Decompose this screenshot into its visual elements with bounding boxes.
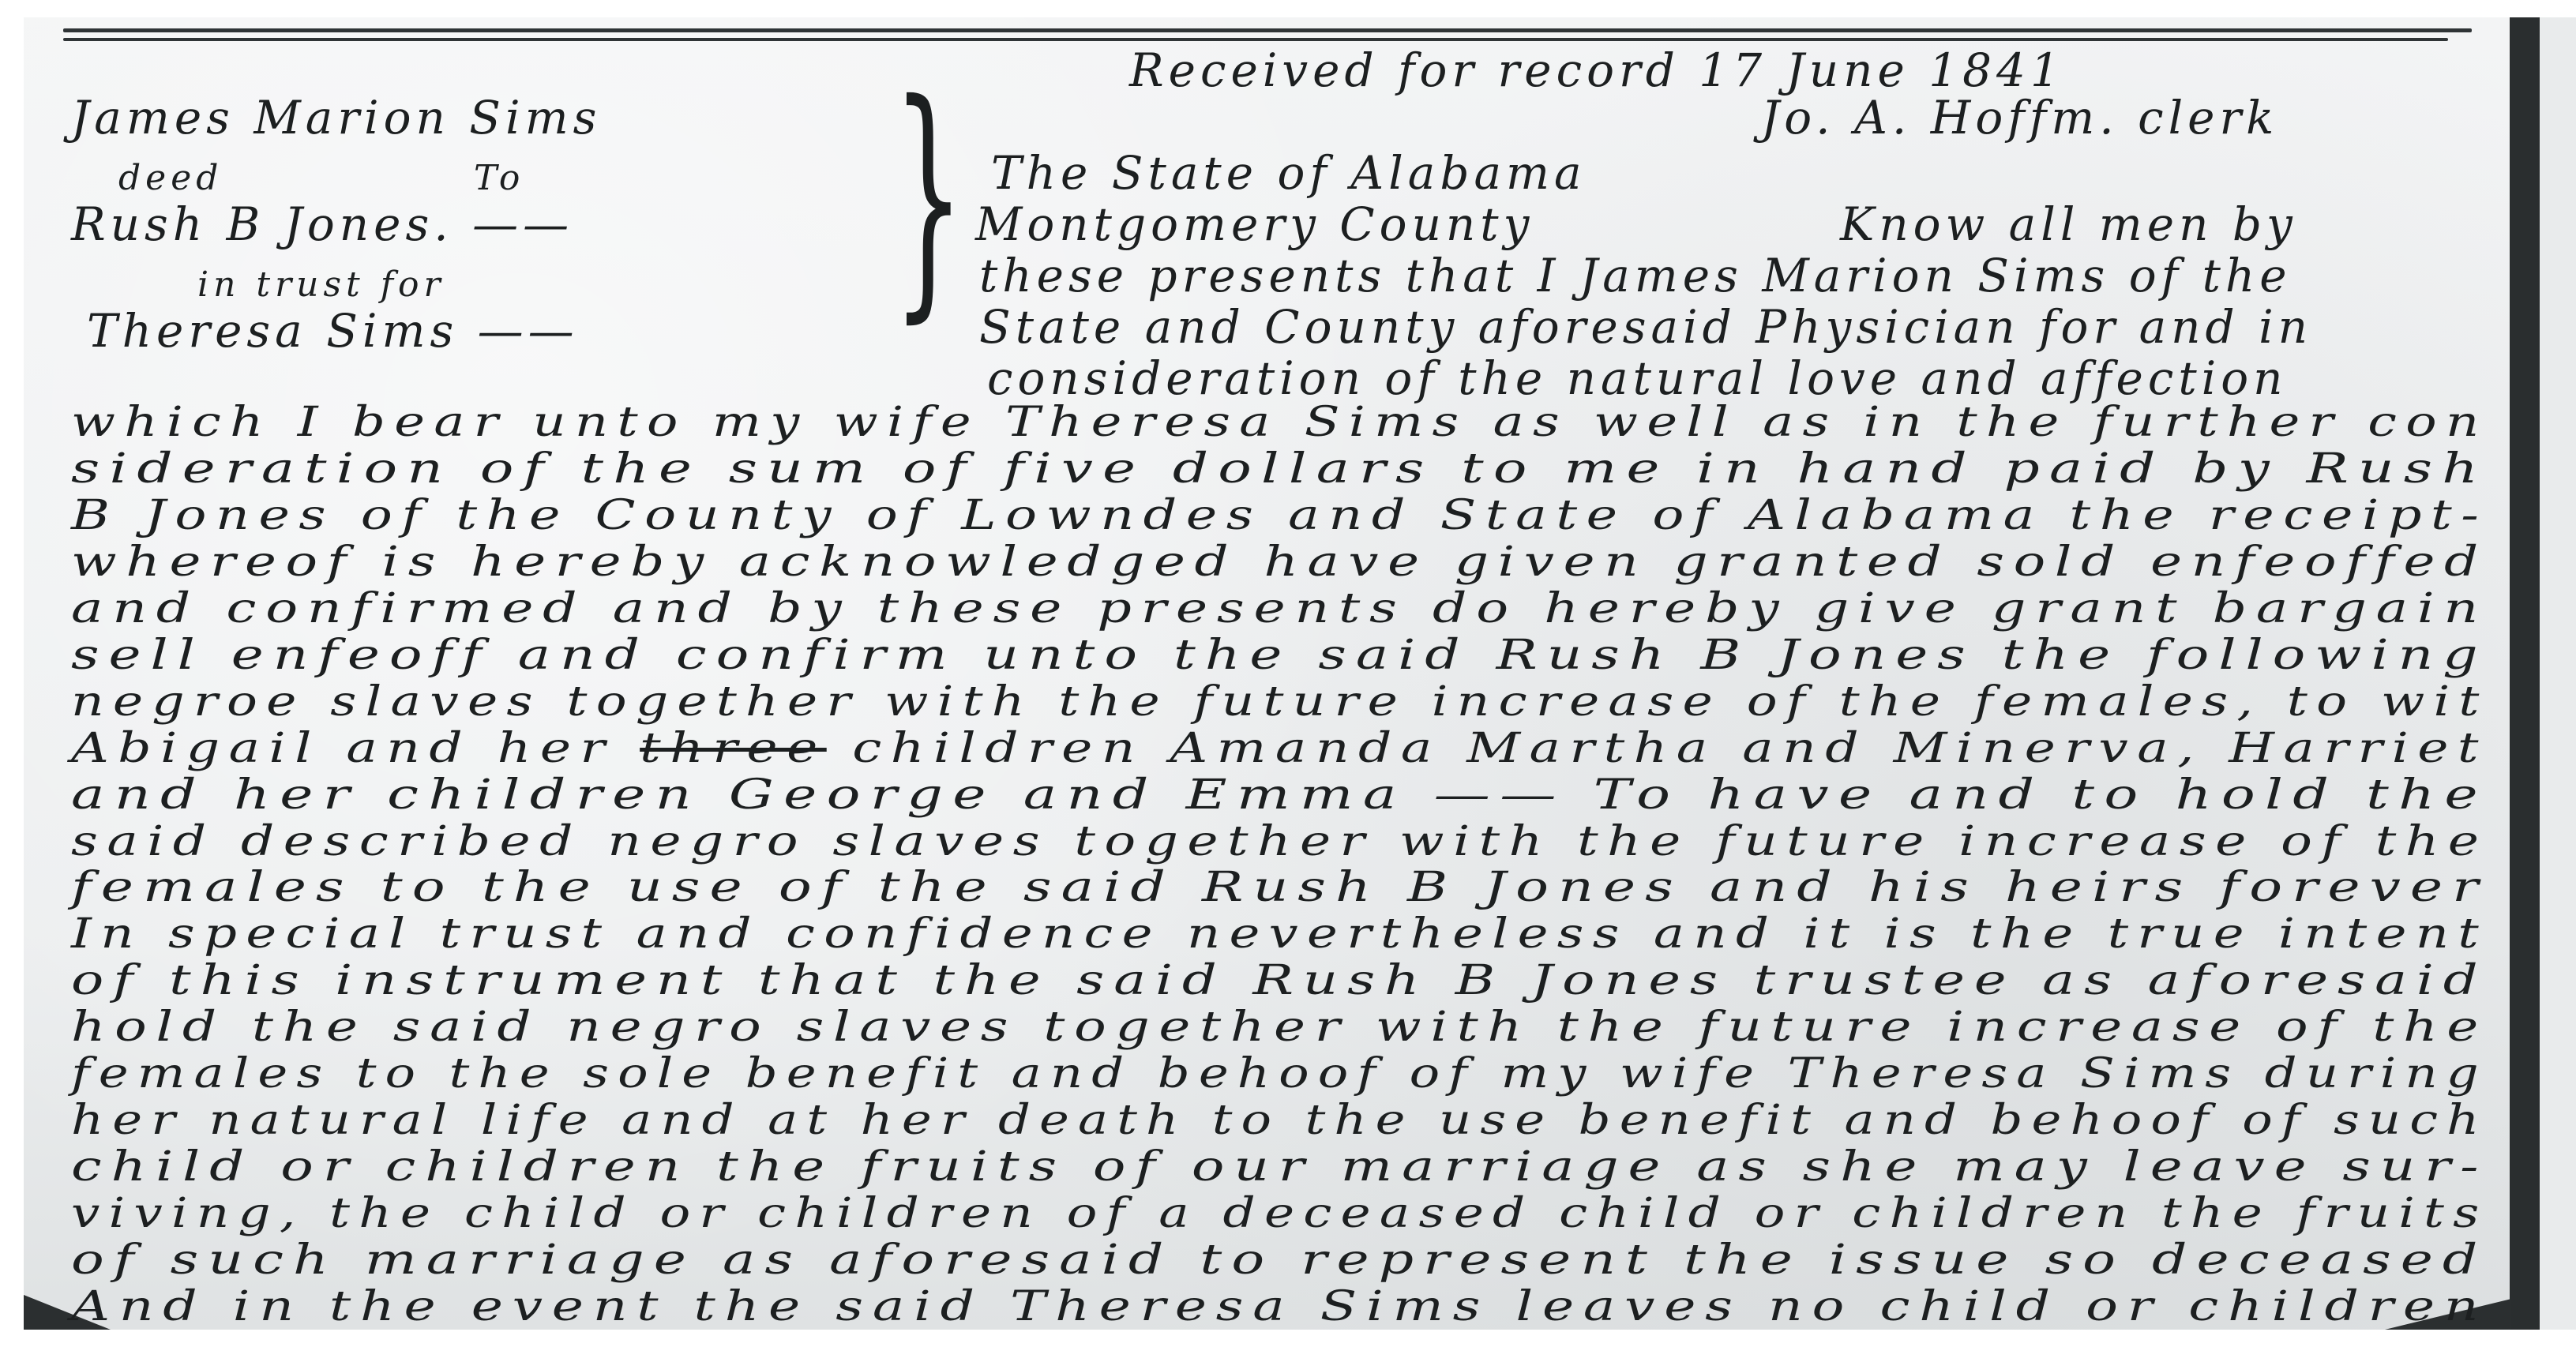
body-line: viving, the child or children of a decea… [71, 1190, 2488, 1237]
body-line: and her children George and Emma —— To h… [71, 771, 2488, 819]
caption-grantor: James Marion Sims [71, 91, 601, 144]
body-line: sideration of the sum of five dollars to… [71, 445, 2488, 493]
caption-to-label: To [474, 158, 524, 198]
venue-state: The State of Alabama [991, 146, 1587, 200]
caption-beneficiary: Theresa Sims —— [87, 304, 579, 358]
opening-line: State and County aforesaid Physician for… [979, 300, 2312, 354]
page-right-margin [2540, 17, 2576, 1330]
caption-trustee: Rush B Jones. —— [71, 197, 573, 251]
record-received-note: Received for record 17 June 1841 [1129, 43, 2064, 97]
page-right-border [2510, 17, 2540, 1330]
body-text: Abigail and her [71, 725, 640, 772]
body-text: children Amanda Martha and Minerva, Harr… [827, 725, 2488, 772]
body-line: negroe slaves together with the future i… [71, 678, 2488, 726]
struck-word: three [640, 725, 827, 772]
body-line: her natural life and at her death to the… [71, 1097, 2488, 1144]
body-line: In special trust and confidence neverthe… [71, 910, 2488, 958]
record-clerk-signature: Jo. A. Hoffm. clerk [1761, 91, 2278, 144]
header-double-rule-bottom [63, 38, 2448, 41]
caption-brace: } [892, 79, 918, 316]
body-line: sell enfeoff and confirm unto the said R… [71, 632, 2488, 679]
opening-line: consideration of the natural love and af… [987, 351, 2287, 405]
body-line: and confirmed and by these presents do h… [71, 585, 2488, 632]
opening-line: Know all men by [1840, 197, 2297, 251]
opening-line: these presents that I James Marion Sims … [979, 249, 2292, 302]
body-line: whereof is hereby acknowledged have give… [71, 538, 2488, 586]
header-double-rule-top [63, 28, 2472, 32]
body-line: said described negro slaves together wit… [71, 818, 2488, 865]
body-line: hold the said negro slaves together with… [71, 1004, 2488, 1051]
body-line: females to the use of the said Rush B Jo… [71, 864, 2488, 911]
body-line: which I bear unto my wife Theresa Sims a… [71, 399, 2488, 446]
caption-in-trust-label: in trust for [197, 265, 445, 305]
body-line: B Jones of the County of Lowndes and Sta… [71, 492, 2488, 539]
body-line: And in the event the said Theresa Sims l… [71, 1283, 2488, 1330]
caption-deed-label: deed [118, 158, 223, 198]
body-line: of this instrument that the said Rush B … [71, 957, 2488, 1004]
body-line: child or children the fruits of our marr… [71, 1143, 2488, 1191]
venue-county: Montgomery County [975, 197, 1534, 251]
body-line: of such marriage as aforesaid to represe… [71, 1236, 2487, 1284]
body-line: females to the sole benefit and behoof o… [71, 1050, 2488, 1097]
body-line: Abigail and her three children Amanda Ma… [71, 725, 2488, 772]
